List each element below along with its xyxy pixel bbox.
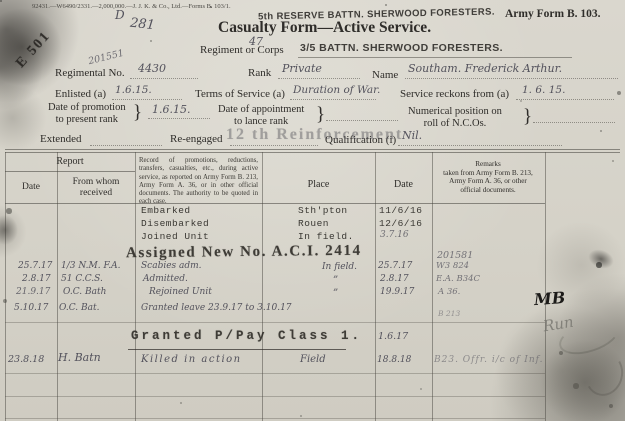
reengaged-label: Re-engaged: [170, 133, 223, 145]
printer-reference: 92431.—W6490/2331.—2,000,000.—J. J. K. &…: [32, 3, 231, 10]
regimental-no-label: Regimental No.: [55, 67, 125, 79]
numerical-brace: }: [523, 106, 532, 128]
typed-record-joined: Joined Unit: [141, 231, 209, 242]
enlisted-label: Enlisted (a): [55, 88, 106, 100]
hw-row2-record: Admitted.: [143, 274, 188, 284]
col-header-date: Date: [5, 182, 57, 192]
hw-row2-date2: 2.8.17: [380, 274, 409, 284]
smudge-left-edge: [0, 215, 18, 245]
name-underline: [405, 78, 618, 79]
row-rule-2: [5, 373, 545, 374]
remarks-line1: Remarks: [434, 160, 542, 169]
from-whom-line2: received: [57, 188, 135, 199]
enlisted-value: 1.6.15.: [115, 84, 152, 96]
table-top-rule-2: [5, 152, 620, 153]
hw-281-mark: 281: [129, 16, 155, 34]
regiment-label: Regiment or Corps: [200, 44, 284, 56]
hw-row1-from: 1/3 N.M. F.A.: [61, 261, 121, 271]
reinforcement-stamp: 12 th Reinforcement: [226, 126, 403, 144]
from-whom-line1: From whom: [57, 177, 135, 188]
hw-new-number: 201581: [437, 250, 473, 261]
terms-underline: [290, 99, 376, 100]
casualty-form-scan: 92431.—W6490/2331.—2,000,000.—J. J. K. &…: [0, 0, 625, 421]
killed-row-record: Killed in action: [141, 354, 242, 365]
hw-d-mark: D: [115, 8, 125, 22]
promotion-underline: [148, 118, 210, 119]
hw-row1-record: Scabies adm.: [141, 261, 202, 271]
regimental-no-underline: [130, 78, 198, 79]
killed-row-date2: 18.8.18: [377, 355, 411, 365]
enlisted-underline: [112, 99, 182, 100]
hw-row1-date: 25.7.17: [18, 261, 52, 271]
promotion-label-line2: to present rank: [48, 114, 126, 126]
hw-row3-place-ditto: ”: [333, 288, 338, 299]
typed-place-embarked: Sth'pton: [298, 205, 348, 216]
col-header-from-whom: From whom received: [57, 177, 135, 198]
report-header-rule: [5, 171, 135, 172]
remarks-line4: official documents.: [434, 186, 542, 195]
promotion-label-line1: Date of promotion: [48, 102, 126, 114]
table-header-bottom-rule: [5, 203, 545, 204]
killed-row-remarks: B23. Offr. i/c of Inf.: [434, 355, 544, 365]
hw-row3-date2: 19.9.17: [380, 287, 414, 297]
col-header-record: Record of promotions, reductions, transf…: [139, 157, 258, 207]
hw-201551-mark: 201551: [87, 48, 125, 67]
typed-place-joined: In field.: [298, 231, 354, 242]
row-rule-1: [5, 322, 545, 323]
typed-date-disembarked: 12/6/16: [379, 218, 422, 229]
typed-place-disembarked: Rouen: [298, 218, 329, 229]
killed-row-from: H. Batn: [58, 351, 101, 364]
new-number-stamp: Assigned New No. A.C.I. 2414: [126, 243, 362, 262]
hw-row3-record: Rejoined Unit: [149, 287, 212, 297]
col-header-place: Place: [262, 179, 375, 190]
regimental-no-value: 4430: [138, 62, 166, 75]
numerical-label-line1: Numerical position on: [408, 106, 502, 118]
extended-label: Extended: [40, 133, 82, 145]
col-divider-4: [375, 152, 376, 421]
paper-speckles: [0, 0, 2, 2]
table-left-border: [5, 152, 6, 421]
name-value: Southam. Frederick Arthur.: [408, 62, 562, 75]
reckons-underline: [516, 99, 614, 100]
col-divider-3: [262, 152, 263, 421]
row-rule-3: [5, 396, 545, 397]
hw-row3-from: O.C. Bath: [63, 287, 106, 297]
ink-blotch-topleft: [0, 8, 62, 86]
extended-underline: [90, 145, 162, 146]
hw-row2-date: 2.8.17: [22, 274, 51, 284]
hw-row4-date: 5.10.17: [14, 303, 48, 313]
promotion-label: Date of promotion to present rank: [48, 102, 126, 125]
hw-row2-from: 51 C.C.S.: [61, 274, 103, 284]
typed-record-embarked: Embarked: [141, 205, 191, 216]
hw-row1-date2: 25.7.17: [378, 261, 412, 271]
hw-date-joined: 3.7.16: [380, 230, 409, 240]
report-header: Report: [5, 156, 135, 167]
hw-ppay-date: 1.6.17: [378, 331, 408, 342]
appointment-underline: [326, 120, 398, 121]
terms-value: Duration of War.: [293, 84, 380, 96]
hw-row1-remarks: W3 824: [436, 261, 469, 271]
col-divider-5: [432, 152, 433, 421]
appointment-label: Date of appointment to lance rank: [218, 104, 304, 127]
hw-row4-from: O.C. Bat.: [59, 303, 99, 313]
terms-label: Terms of Service (a): [195, 88, 285, 100]
promotion-brace: }: [133, 102, 142, 124]
regiment-value-stamp: 3/5 BATTN. SHERWOOD FORESTERS.: [300, 42, 503, 54]
ppay-stamp-underline: [128, 349, 346, 350]
hw-row3-remarks: A 36.: [438, 287, 460, 297]
qualification-value: Nil.: [402, 129, 422, 142]
remarks-line2: taken from Army Form B. 213,: [434, 169, 542, 178]
numerical-label-line2: roll of N.C.Os.: [408, 118, 502, 130]
hw-row2-place-ditto: ”: [333, 275, 338, 286]
regiment-underline: [298, 57, 572, 58]
promotion-value: 1.6.15.: [152, 103, 190, 116]
ink-scribble-right: [586, 246, 617, 272]
remarks-line3: Army Form A. 36, or other: [434, 177, 542, 186]
appointment-brace: }: [316, 104, 325, 126]
col-header-remarks: Remarks taken from Army Form B. 213, Arm…: [434, 160, 542, 194]
typed-date-embarked: 11/6/16: [379, 205, 422, 216]
reckons-label: Service reckons from (a): [400, 88, 509, 100]
col-header-date2: Date: [375, 179, 432, 190]
row-rule-4: [5, 418, 545, 419]
rank-underline: [278, 78, 360, 79]
hw-row1-place: In field.: [322, 262, 357, 272]
killed-row-date: 23.8.18: [8, 354, 44, 365]
smudge-bottom-right: [540, 340, 625, 421]
mb-ink-mark: MB: [533, 288, 565, 309]
hw-row4-remarks: B 213: [438, 309, 460, 318]
qualification-underline: [398, 145, 562, 146]
rank-label: Rank: [248, 67, 271, 79]
name-label: Name: [372, 69, 398, 81]
table-top-rule-1: [5, 149, 620, 150]
army-form-number: Army Form B. 103.: [505, 8, 601, 20]
appointment-label-line1: Date of appointment: [218, 104, 304, 116]
col-divider-2: [135, 152, 136, 421]
numerical-underline: [533, 122, 615, 123]
hw-row4-record: Granted leave 23.9.17 to 3.10.17: [141, 303, 292, 313]
reckons-value: 1. 6. 15.: [522, 84, 565, 96]
numerical-label: Numerical position on roll of N.C.Os.: [408, 106, 502, 129]
hw-row2-remarks: E.A. B34C: [436, 274, 480, 284]
reengaged-underline: [230, 145, 318, 146]
ppay-stamp: Granted P/Pay Class 1.: [131, 329, 362, 343]
rank-value: Private: [282, 62, 322, 75]
hw-row3-date: 21.9.17: [16, 287, 50, 297]
typed-record-disembarked: Disembarked: [141, 218, 209, 229]
killed-row-place: Field: [300, 354, 326, 365]
